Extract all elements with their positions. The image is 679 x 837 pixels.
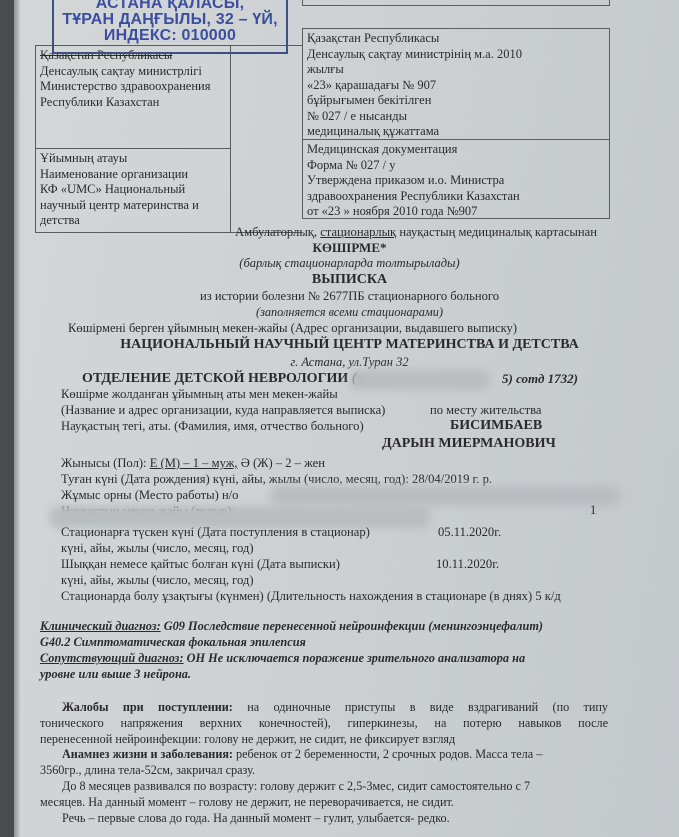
sex-field: Жынысы (Пол): Е (М) – 1 – муж, Ә (Ж) – 2…	[61, 456, 325, 471]
header-cell-order-kz: Қазақстан Республикасы Денсаулық сақтау …	[302, 28, 610, 140]
card-source-line: Амбулаторлық, стационарлық науқастың мед…	[235, 225, 597, 240]
destination-value: по месту жительства	[430, 403, 541, 418]
dob-field: Туған күні (Дата рождения) күні, айы, жы…	[61, 472, 492, 487]
complaints-3: перенесенной нейроинфекции: голову не де…	[40, 732, 455, 747]
header-cell-organization: Ұйымның атауы Наименование организации К…	[35, 148, 231, 233]
photo-edge	[0, 0, 14, 837]
anamnesis: Анамнез жизни и заболевания: ребенок от …	[62, 747, 542, 762]
issuer-name: НАЦИОНАЛЬНЫЙ НАУЧНЫЙ ЦЕНТР МАТЕРИНСТВА И…	[20, 337, 679, 353]
duration-field: Стационарда болу ұзақтығы (күнмен) (Длит…	[61, 589, 561, 604]
development: До 8 месяцев развивался по возрасту: гол…	[62, 779, 530, 794]
discharge-label: Шыққан немесе қайтыс болған күні (Дата в…	[61, 557, 340, 572]
admission-label: Стационарға түскен күні (Дата поступлени…	[61, 525, 370, 540]
issuer-label: Көшірмені берген ұйымның мекен-жайы (Адр…	[68, 321, 517, 336]
concomitant-diagnosis-2: уровне или выше 3 нейрона.	[40, 667, 191, 682]
admission-sub: күні, айы, жылы (число, месяц, год)	[61, 541, 254, 556]
department-tail: 5) сотд 1732)	[502, 371, 578, 387]
admission-date: 05.11.2020г.	[438, 525, 501, 540]
complaints-2: тонического напряжения верхних конечност…	[40, 716, 608, 731]
header-cell-form-ru: Медицинская документация Форма № 027 / у…	[302, 139, 610, 219]
redacted-block	[350, 370, 490, 390]
department: ОТДЕЛЕНИЕ ДЕТСКОЙ НЕВРОЛОГИИ (п	[82, 371, 364, 387]
concomitant-diagnosis: Сопутствующий диагноз: ОН Не исключается…	[40, 651, 525, 666]
patient-surname: БИСИМБАЕВ	[450, 418, 542, 434]
address-stamp: АСТАНА ҚАЛАСЫ, ТҰРАН ДАҢҒЫЛЫ, 32 – ҮЙ, И…	[52, 0, 288, 54]
header-cell-spacer	[231, 45, 302, 233]
clinical-diagnosis: Клинический диагноз: G09 Последствие пер…	[40, 619, 543, 634]
header-cell-ministry: Қазақстан Республикасы Денсаулық сақтау …	[35, 45, 231, 149]
patient-name-label: Науқастың тегі, аты. (Фамилия, имя, отче…	[61, 419, 364, 434]
history-number: из истории болезни № 2677ПБ стационарног…	[20, 289, 679, 304]
discharge-sub: күні, айы, жылы (число, месяц, год)	[61, 573, 254, 588]
ru-note: (заполняется всеми стационарами)	[20, 305, 679, 320]
destination-label-ru: (Название и адрес организации, куда напр…	[61, 403, 385, 418]
kz-title: КӨШІРМЕ*	[20, 240, 679, 256]
clinical-diagnosis-2: G40.2 Симптоматическая фокальная эпилепс…	[40, 635, 306, 650]
anamnesis-2: 3560гр., длина тела-52см, закричал сразу…	[40, 763, 255, 778]
discharge-date: 10.11.2020г.	[436, 557, 499, 572]
destination-label-kz: Көшірме жолданған ұйымның аты мен мекен-…	[61, 387, 338, 402]
speech: Речь – первые слова до года. На данный м…	[62, 811, 450, 826]
issuer-address: г. Астана, ул.Туран 32	[20, 355, 679, 370]
development-2: месяцев. На данный момент – голову не де…	[40, 795, 454, 810]
work-field: Жұмыс орны (Место работы) н/о	[61, 488, 238, 503]
ru-title: ВЫПИСКА	[20, 272, 679, 288]
discharge-document: Қазақстан Республикасы Денсаулық сақтау …	[20, 0, 679, 837]
address-tail: 1	[590, 503, 596, 518]
patient-given-names: ДАРЫН МИЕРМАНОВИЧ	[382, 436, 556, 452]
complaints: Жалобы при поступлении: на одиночные при…	[62, 700, 608, 715]
kz-note: (барлық стационарларда толтырылады)	[20, 256, 679, 271]
header-cell-top-strip	[302, 0, 610, 6]
redacted-address-1	[270, 486, 620, 506]
